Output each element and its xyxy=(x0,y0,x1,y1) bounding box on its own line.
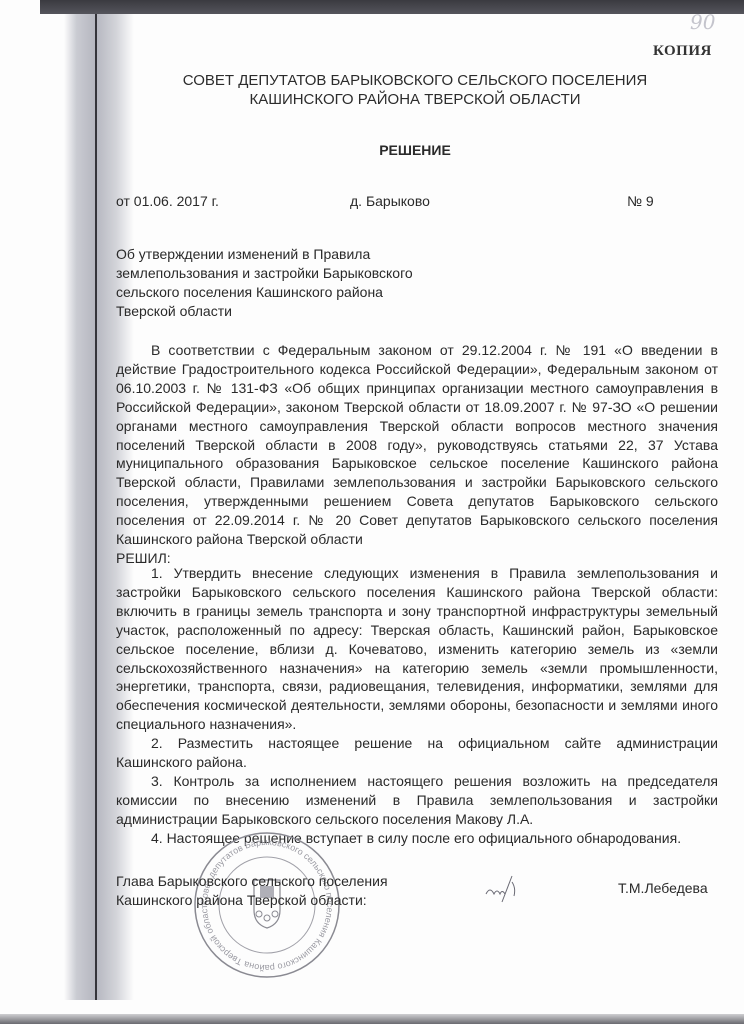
handwritten-signature-icon xyxy=(482,872,532,912)
header-line: КАШИНСКОГО РАЙОНА ТВЕРСКОЙ ОБЛАСТИ xyxy=(120,90,710,109)
document-title: РЕШЕНИЕ xyxy=(120,142,710,158)
scan-top-edge xyxy=(40,0,744,14)
decision-item-3: 3. Контроль за исполнением настоящего ре… xyxy=(116,772,718,829)
scan-fold-line xyxy=(95,14,97,1000)
subject-line: Тверской области xyxy=(116,302,413,321)
subject-line: Об утверждении изменений в Правила xyxy=(116,245,413,264)
scan-bottom-edge xyxy=(0,1014,744,1024)
signer-name: Т.М.Лебедева xyxy=(618,880,708,896)
decision-item-2: 2. Разместить настоящее решение на офици… xyxy=(116,734,718,772)
header-line: СОВЕТ ДЕПУТАТОВ БАРЫКОВСКОГО СЕЛЬСКОГО П… xyxy=(120,71,710,90)
decision-item-1: 1. Утвердить внесение следующих изменени… xyxy=(116,564,718,734)
subject-line: сельского поселения Кашинского района xyxy=(116,283,413,302)
document-subject: Об утверждении изменений в Правила земле… xyxy=(116,245,413,321)
handwritten-page-number: 90 xyxy=(690,10,715,34)
position-line: Глава Барыковского сельского поселения xyxy=(116,872,388,891)
preamble-block: В соответствии с Федеральным законом от … xyxy=(116,341,718,568)
document-place: д. Барыково xyxy=(350,193,430,209)
position-line: Кашинского района Тверской области: xyxy=(116,891,388,910)
subject-line: землепользования и застройки Барыковског… xyxy=(116,264,413,283)
copy-mark: КОПИЯ xyxy=(653,43,712,60)
decision-items: 1. Утвердить внесение следующих изменени… xyxy=(116,564,718,848)
signature-position: Глава Барыковского сельского поселения К… xyxy=(116,872,388,910)
document-date: от 01.06. 2017 г. xyxy=(116,193,219,209)
document-header: СОВЕТ ДЕПУТАТОВ БАРЫКОВСКОГО СЕЛЬСКОГО П… xyxy=(120,71,710,109)
preamble-paragraph: В соответствии с Федеральным законом от … xyxy=(116,341,718,549)
document-number: № 9 xyxy=(627,193,654,209)
